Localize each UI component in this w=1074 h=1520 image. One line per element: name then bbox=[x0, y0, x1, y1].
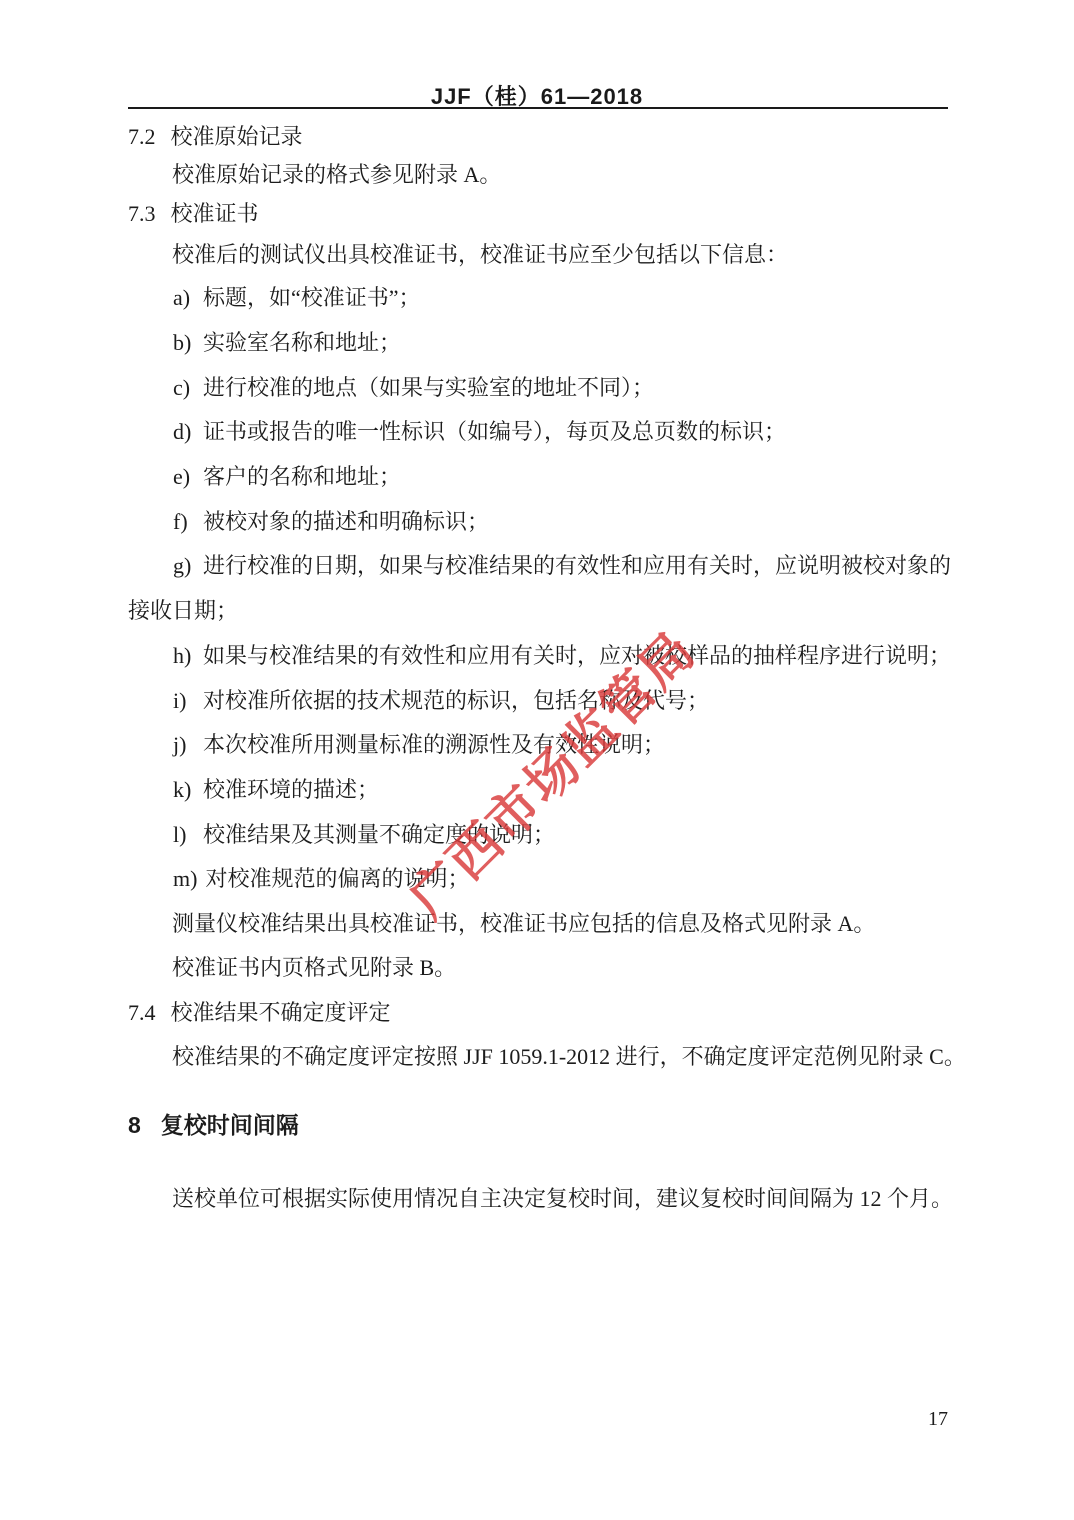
list-item-text: 对校准规范的偏离的说明； bbox=[205, 866, 469, 891]
list-item-d: d)证书或报告的唯一性标识（如编号），每页及总页数的标识； bbox=[173, 417, 786, 447]
list-item-text: 标题，如“校准证书”； bbox=[203, 285, 421, 310]
list-item-e: e)客户的名称和地址； bbox=[173, 462, 401, 492]
list-item-text: 对校准所依据的技术规范的标识，包括名称及代号； bbox=[203, 688, 709, 713]
document-page: 广西市场监管局 JJF（桂）61—2018 7.2校准原始记录 校准原始记录的格… bbox=[0, 0, 1074, 1520]
list-item-b: b)实验室名称和地址； bbox=[173, 328, 401, 358]
list-item-text: 客户的名称和地址； bbox=[203, 464, 401, 489]
list-item-label: d) bbox=[173, 417, 195, 447]
list-item-a: a)标题，如“校准证书”； bbox=[173, 283, 421, 313]
list-item-text: 校准环境的描述； bbox=[203, 777, 379, 802]
paragraph-recal-interval: 送校单位可根据实际使用情况自主决定复校时间，建议复校时间间隔为 12 个月。 bbox=[172, 1184, 953, 1214]
list-item-text: 实验室名称和地址； bbox=[203, 330, 401, 355]
section-title: 校准结果不确定度评定 bbox=[171, 1000, 391, 1025]
list-item-label: b) bbox=[173, 328, 195, 358]
list-item-f: f)被校对象的描述和明确标识； bbox=[173, 507, 489, 537]
section-title: 校准原始记录 bbox=[171, 124, 303, 149]
list-item-i: i)对校准所依据的技术规范的标识，包括名称及代号； bbox=[173, 686, 709, 716]
page-number: 17 bbox=[0, 1408, 948, 1431]
section-number: 7.2 bbox=[128, 124, 156, 149]
list-item-g: g)进行校准的日期，如果与校准结果的有效性和应用有关时，应说明被校对象的 bbox=[173, 551, 951, 581]
list-item-l: l)校准结果及其测量不确定度的说明； bbox=[173, 820, 555, 850]
list-item-text: 本次校准所用测量标准的溯源性及有效性说明； bbox=[203, 732, 665, 757]
paragraph-record-format: 校准原始记录的格式参见附录 A。 bbox=[172, 160, 501, 190]
list-item-k: k)校准环境的描述； bbox=[173, 775, 379, 805]
list-item-j: j)本次校准所用测量标准的溯源性及有效性说明； bbox=[173, 730, 665, 760]
list-item-text: 进行校准的日期，如果与校准结果的有效性和应用有关时，应说明被校对象的 bbox=[203, 553, 951, 578]
paragraph-uncertainty: 校准结果的不确定度评定按照 JJF 1059.1-2012 进行，不确定度评定范… bbox=[172, 1042, 966, 1072]
list-item-m: m)对校准规范的偏离的说明； bbox=[173, 864, 469, 894]
section-number: 7.3 bbox=[128, 201, 156, 226]
list-item-label: g) bbox=[173, 551, 195, 581]
list-item-label: m) bbox=[173, 864, 197, 894]
section-title: 复校时间间隔 bbox=[161, 1112, 299, 1138]
list-item-g-continuation: 接收日期； bbox=[128, 596, 238, 626]
section-heading-7-3: 7.3校准证书 bbox=[128, 199, 259, 229]
section-heading-7-4: 7.4校准结果不确定度评定 bbox=[128, 998, 391, 1028]
list-item-c: c)进行校准的地点（如果与实验室的地址不同）； bbox=[173, 373, 654, 403]
paragraph-cert-intro: 校准后的测试仪出具校准证书，校准证书应至少包括以下信息： bbox=[172, 240, 788, 270]
list-item-text: 校准结果及其测量不确定度的说明； bbox=[203, 822, 555, 847]
list-item-label: j) bbox=[173, 730, 195, 760]
list-item-label: l) bbox=[173, 820, 195, 850]
header-rule bbox=[128, 107, 948, 109]
list-item-label: h) bbox=[173, 641, 195, 671]
section-title: 校准证书 bbox=[171, 201, 259, 226]
list-item-label: f) bbox=[173, 507, 195, 537]
list-item-label: c) bbox=[173, 373, 195, 403]
list-item-label: i) bbox=[173, 686, 195, 716]
list-item-label: k) bbox=[173, 775, 195, 805]
section-heading-7-2: 7.2校准原始记录 bbox=[128, 122, 303, 152]
list-item-label: a) bbox=[173, 283, 195, 313]
paragraph-cert-result: 测量仪校准结果出具校准证书，校准证书应包括的信息及格式见附录 A。 bbox=[172, 909, 875, 939]
section-number: 7.4 bbox=[128, 1000, 156, 1025]
section-heading-8: 8复校时间间隔 bbox=[128, 1110, 299, 1140]
list-item-text: 进行校准的地点（如果与实验室的地址不同）； bbox=[203, 375, 654, 400]
list-item-text: 被校对象的描述和明确标识； bbox=[203, 509, 489, 534]
paragraph-cert-inner-page: 校准证书内页格式见附录 B。 bbox=[172, 953, 456, 983]
list-item-label: e) bbox=[173, 462, 195, 492]
list-item-text: 证书或报告的唯一性标识（如编号），每页及总页数的标识； bbox=[203, 419, 786, 444]
section-number: 8 bbox=[128, 1112, 141, 1138]
list-item-text: 如果与校准结果的有效性和应用有关时，应对被校样品的抽样程序进行说明； bbox=[203, 643, 951, 668]
list-item-h: h)如果与校准结果的有效性和应用有关时，应对被校样品的抽样程序进行说明； bbox=[173, 641, 951, 671]
